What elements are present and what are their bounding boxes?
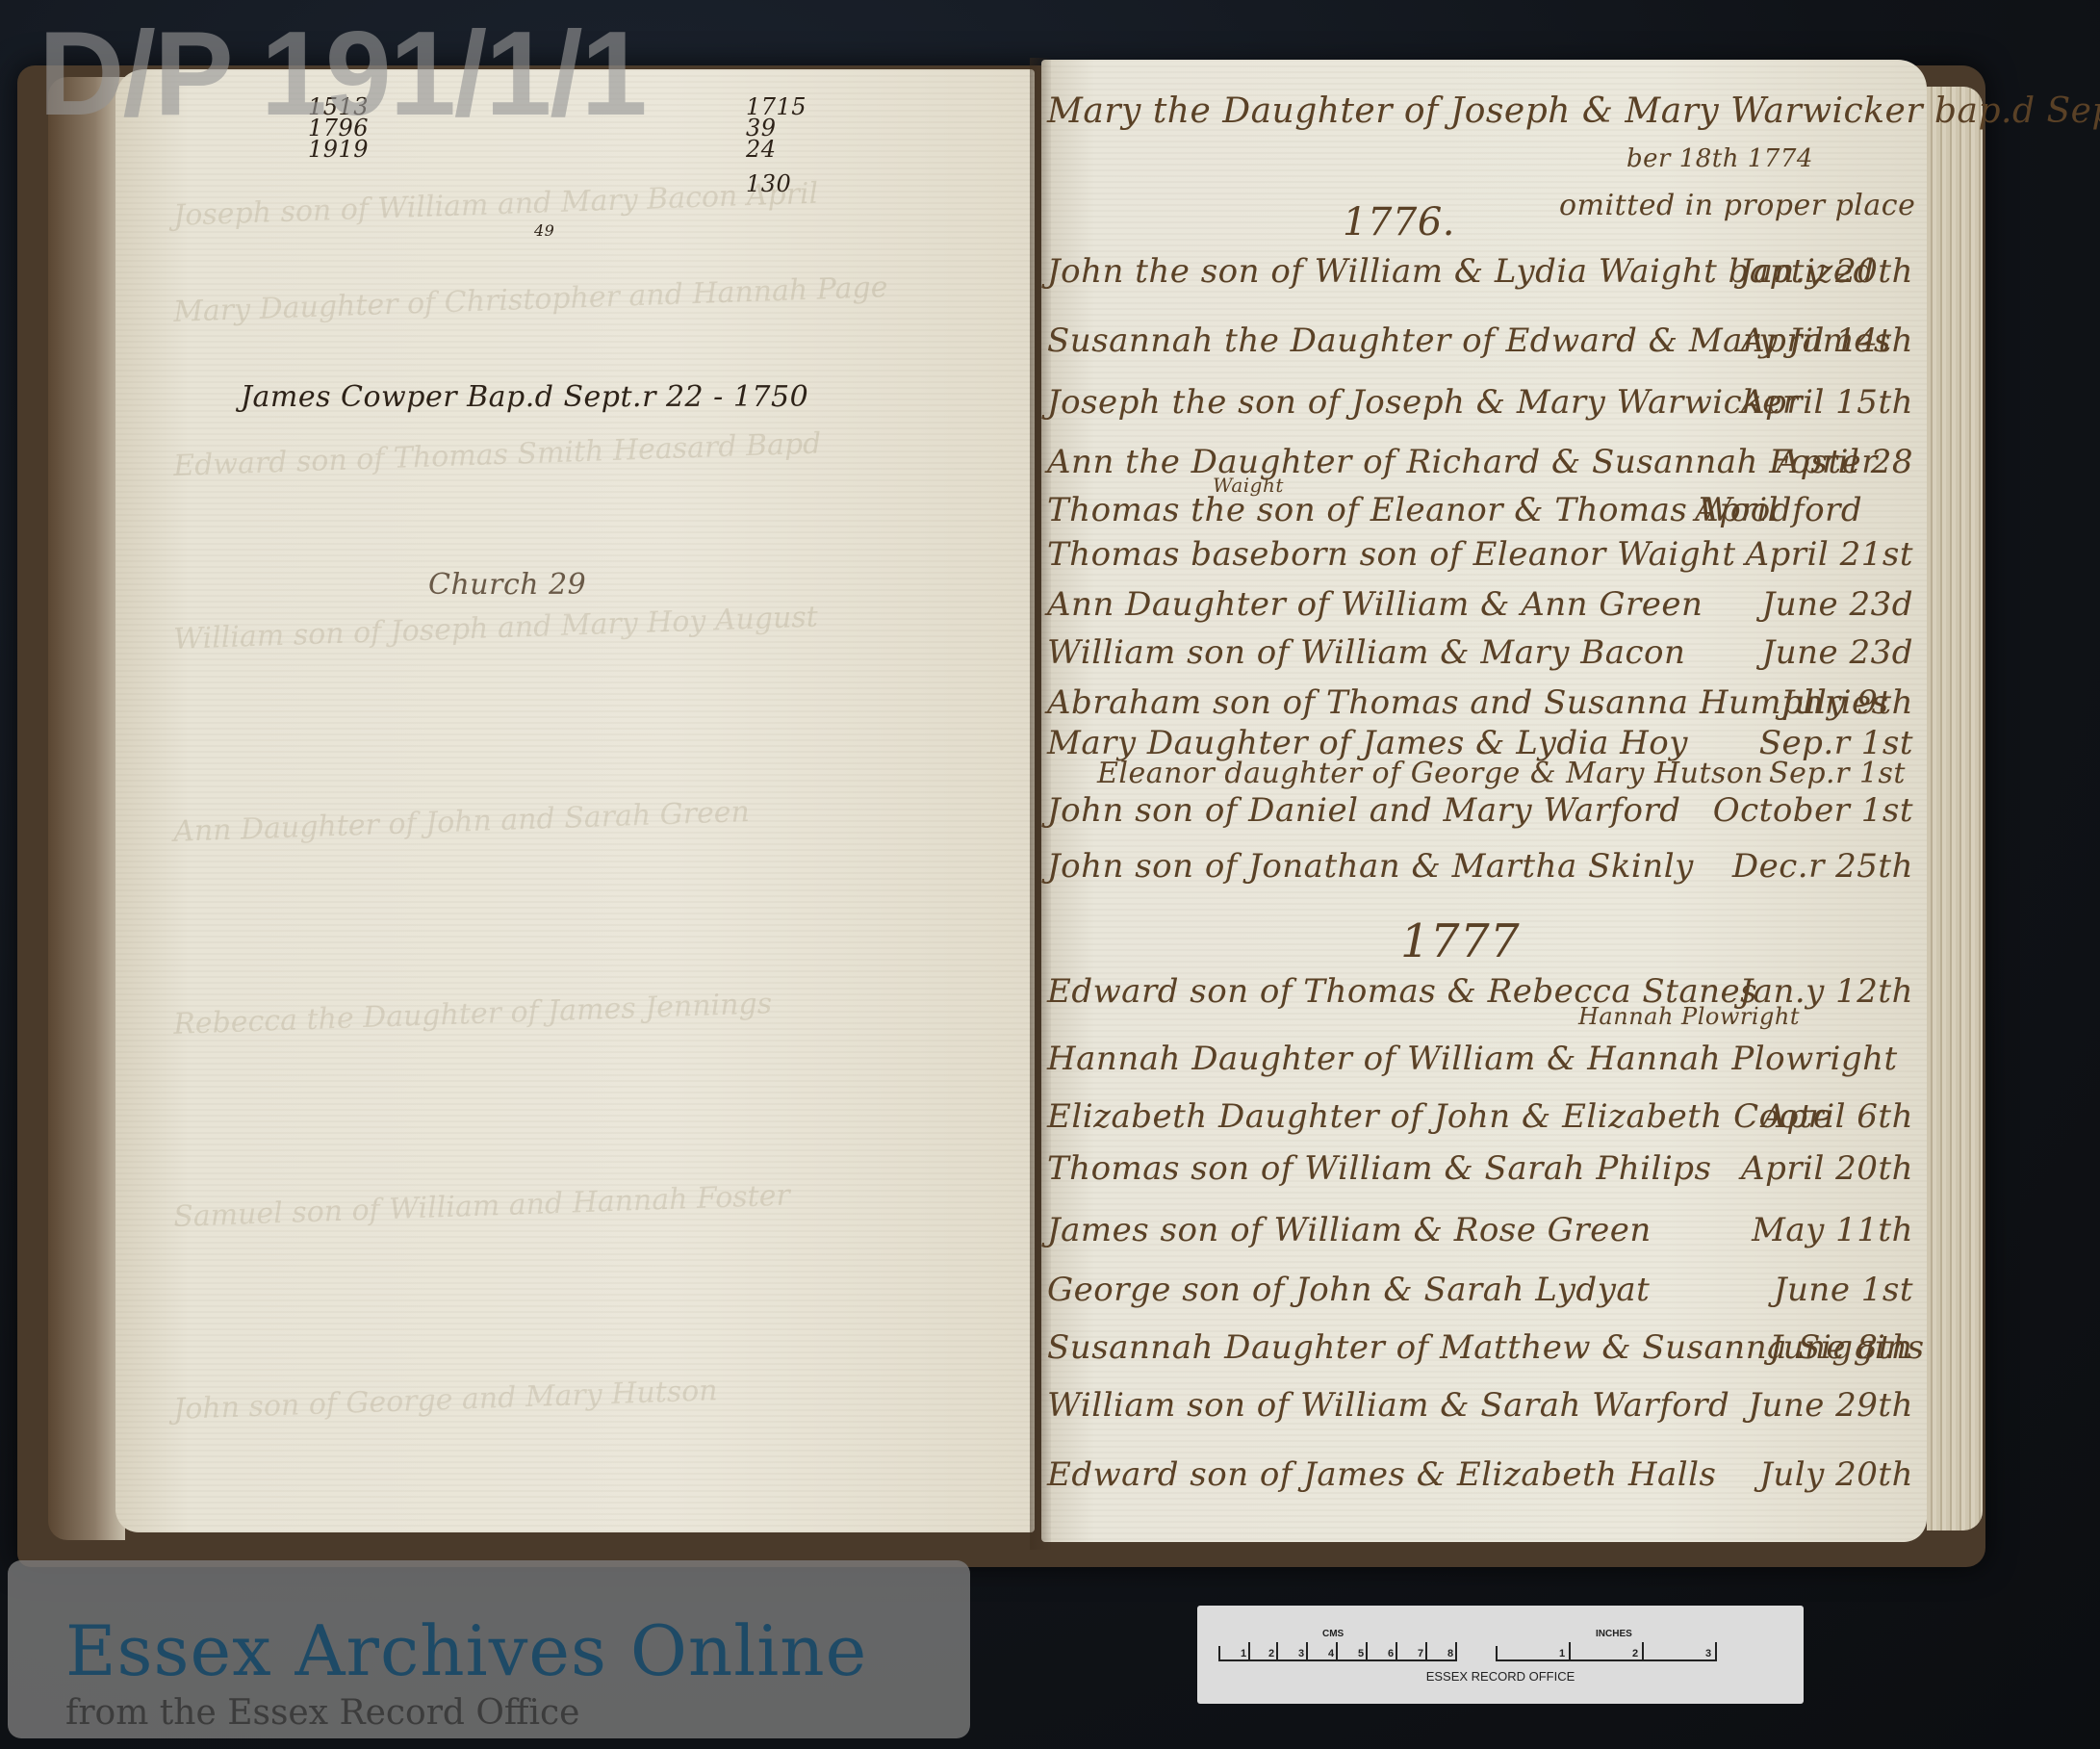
cms-scale: CMS 1 2 3 4 5 6 7 8 [1218,1640,1457,1661]
register-entry: Susannah the Daughter of Edward & Mary J… [1047,322,1913,370]
register-entry: James son of William & Rose GreenMay 11t… [1047,1211,1913,1259]
register-entry: Hannah Daughter of William & Hannah Plow… [1047,1040,1913,1088]
left-page: Joseph son of William and Mary Bacon Apr… [115,69,1035,1532]
register-entry: Ann Daughter of William & Ann GreenJune … [1047,585,1913,633]
register-entry: William son of William & Sarah WarfordJu… [1047,1386,1913,1434]
register-entry: John son of Jonathan & Martha SkinlyDec.… [1047,847,1913,895]
register-entry: Thomas son of William & Sarah PhilipsApr… [1047,1149,1913,1197]
register-entry: John son of Daniel and Mary WarfordOctob… [1047,791,1913,839]
register-entry: William son of William & Mary BaconJune … [1047,633,1913,682]
insert-hannah-plowright: Hannah Plowright [1578,1003,1800,1030]
struck-entry: Thomas the son of Eleanor & Thomas Woodf… [1047,491,1779,539]
james-cowper-entry: James Cowper Bap.d Sept.r 22 - 1750 [241,380,808,414]
register-entry: Thomas baseborn son of Eleanor WaightApr… [1047,535,1913,583]
tally-column-2: 1715 39 24 130 [746,96,807,194]
year-1776: 1776. [1343,200,1455,244]
register-entry: Ann the Daughter of Richard & Susannah F… [1047,443,1913,491]
document-reference-watermark: D/P 191/1/1 [38,6,646,142]
register-entry: Susannah Daughter of Matthew & Susanna S… [1047,1328,1913,1376]
left-binding [48,77,125,1540]
banner-subtitle: from the Essex Record Office [65,1693,579,1733]
register-entry: Elizabeth Daughter of John & Elizabeth C… [1047,1097,1913,1145]
register-entry: Edward son of James & Elizabeth HallsJul… [1047,1455,1913,1504]
header-entry: Mary the Daughter of Joseph & Mary Warwi… [1047,91,2100,131]
church-note: Church 29 [428,568,586,602]
omitted-note: omitted in proper place [1559,189,1915,222]
register-entry: Joseph the son of Joseph & Mary Warwicke… [1047,383,1913,431]
register-entry: George son of John & Sarah LydyatJune 1s… [1047,1271,1913,1319]
inches-scale: INCHES 1 2 3 [1496,1640,1717,1661]
page-edges [1927,87,1983,1530]
header-entry-line2: ber 18th 1774 [1626,144,1813,173]
ruler-label: ESSEX RECORD OFFICE [1197,1669,1804,1684]
scale-ruler: CMS 1 2 3 4 5 6 7 8 INCHES 1 2 3 ESSEX R… [1197,1606,1804,1704]
essex-archives-banner: Essex Archives Online from the Essex Rec… [8,1560,970,1738]
register-entry: John the son of William & Lydia Waight b… [1047,252,1913,300]
note-49: 49 [534,221,554,240]
year-1777: 1777 [1400,914,1520,968]
banner-title: Essex Archives Online [65,1610,867,1691]
